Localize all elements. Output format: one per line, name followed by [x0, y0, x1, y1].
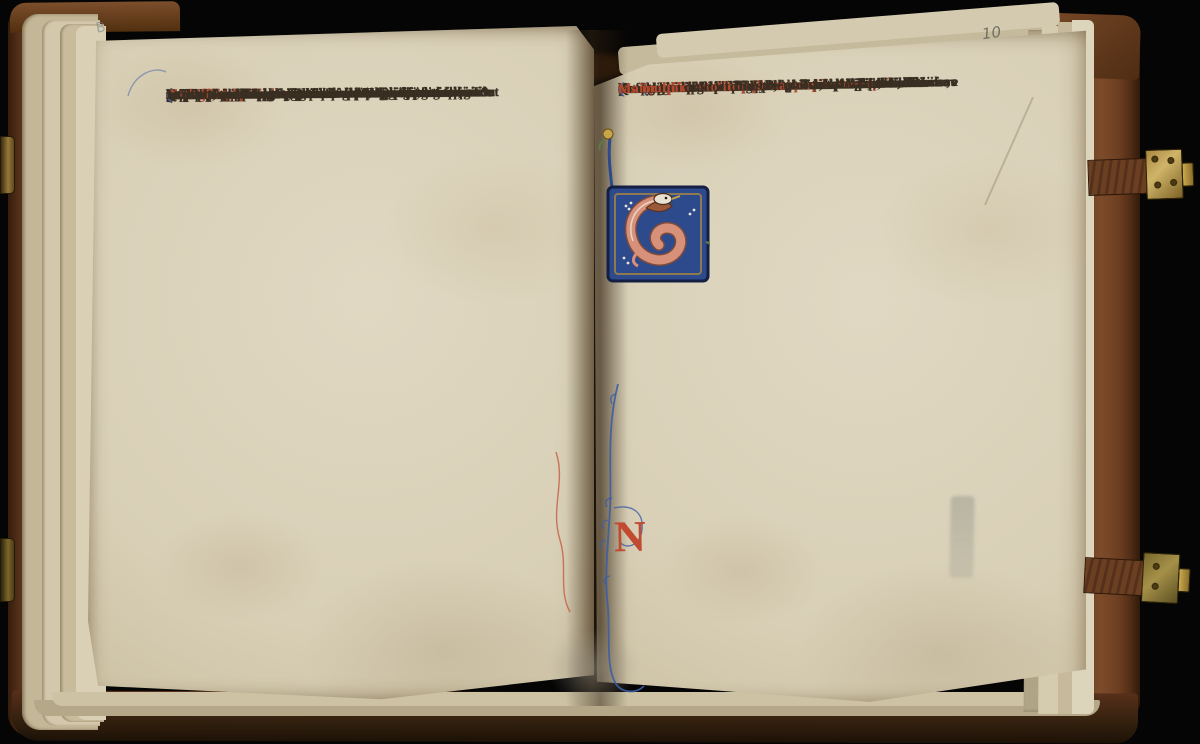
margin-initial-n: N [613, 508, 660, 571]
clasp-hook [1181, 162, 1194, 186]
right-cover-leather [1090, 20, 1140, 718]
brass-clasp [1141, 552, 1181, 604]
blue-corner-curl [124, 56, 168, 116]
leather-strap [1083, 557, 1149, 596]
leather-strap [1087, 158, 1152, 196]
right-page [594, 28, 1086, 706]
text-segment: In participio 7 adubio rec [166, 85, 331, 106]
left-page [88, 26, 594, 702]
parchment-mottling [594, 28, 1086, 706]
clasp-hook [1177, 568, 1190, 593]
initial-stem-flourish [596, 126, 622, 190]
illuminated-initial-v: V [606, 184, 710, 284]
ink-offset-ghost [949, 496, 974, 578]
clasp-strap-top [1087, 146, 1200, 210]
folio-number: 10 [981, 23, 1002, 43]
clasp-strap-bottom [1083, 547, 1198, 613]
clasp-catch-top [0, 136, 15, 194]
red-margin-flourish [536, 448, 592, 618]
clasp-catch-bottom [0, 538, 15, 602]
manuscript-photo: ticionum· (Item nota qd hec signa debent… [0, 0, 1200, 744]
parchment-mottling [88, 26, 594, 702]
